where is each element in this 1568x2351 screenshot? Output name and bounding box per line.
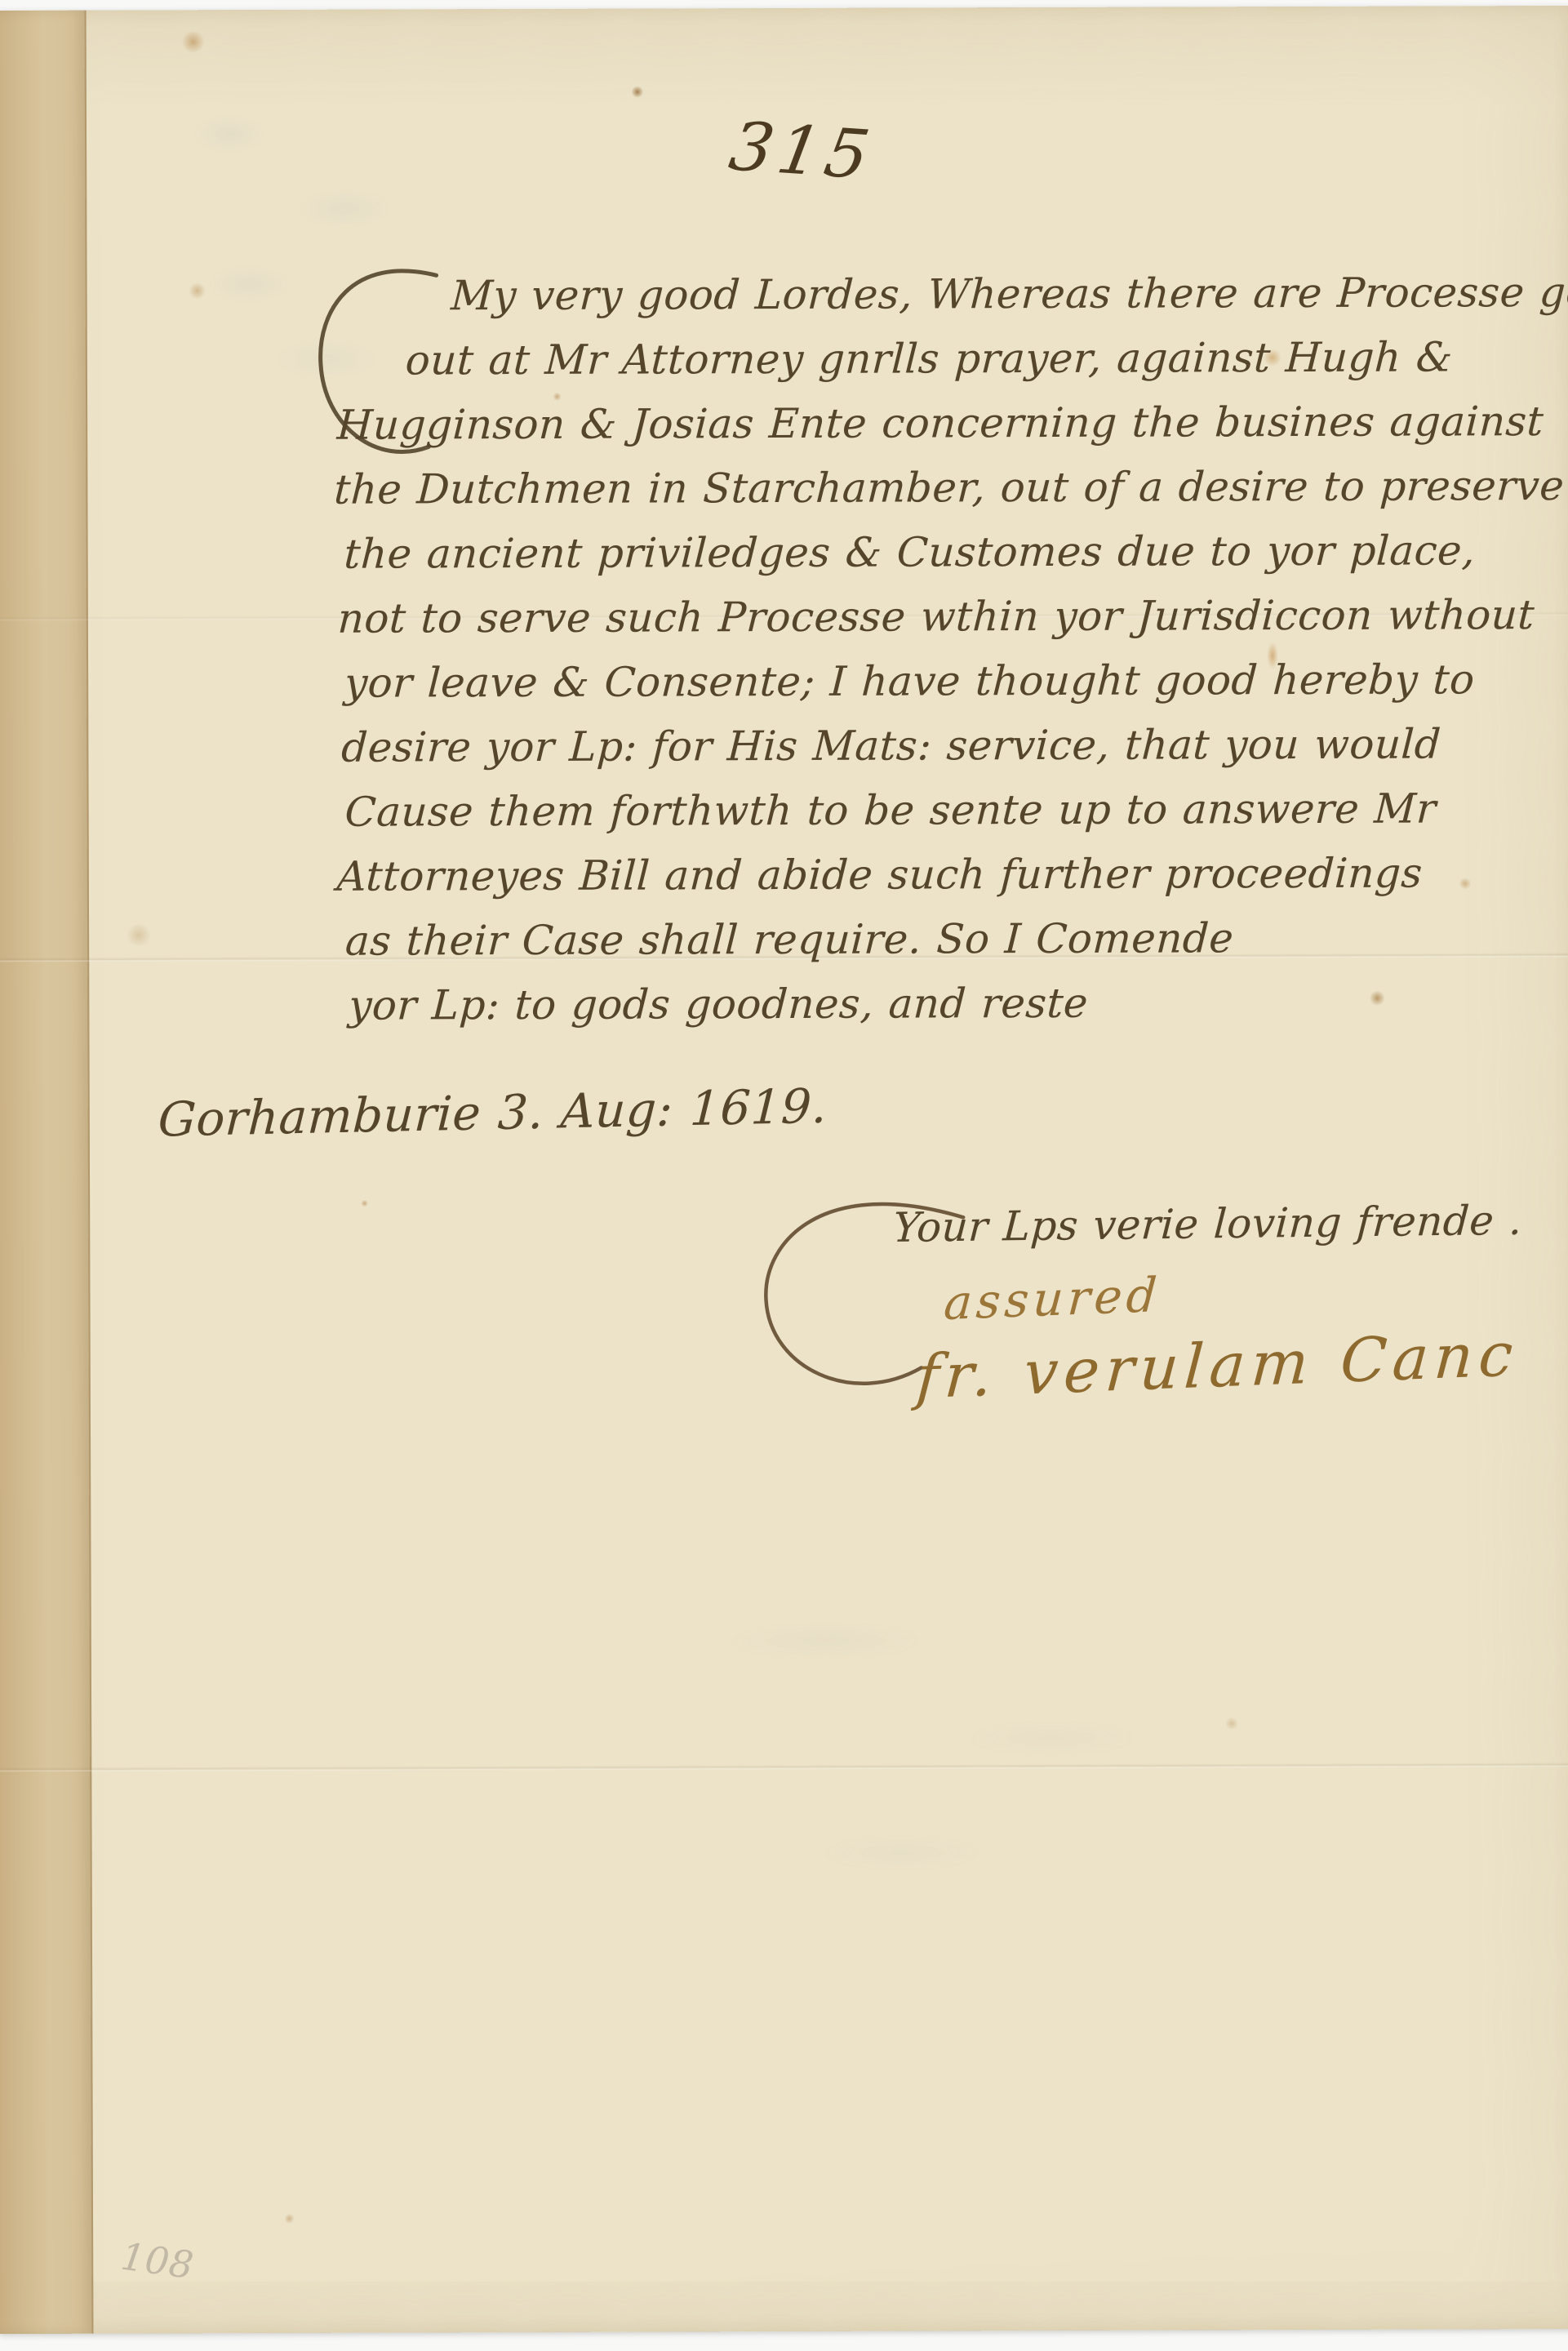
foxing-spot (125, 924, 153, 945)
paper-edge-strip (0, 11, 93, 2334)
signature: fr. verulam Canc (914, 1319, 1521, 1412)
dateline: Gorhamburie 3. Aug: 1619. (157, 1078, 828, 1148)
letter-line: yor Lp: to gods goodnes, and reste (348, 980, 1090, 1029)
letter-body: My very good Lordes, Whereas there are P… (0, 6, 1568, 11)
foxing-spot (1459, 878, 1472, 889)
letter-line: Cause them forthwth to be sente up to an… (344, 784, 1437, 835)
letter-line: desire yor Lp: for His Mats: service, th… (340, 720, 1442, 771)
show-through (601, 1574, 1353, 1903)
letter-line: Attorneyes Bill and abide such further p… (335, 850, 1424, 900)
foxing-spot (284, 2214, 295, 2224)
pencil-annotation: 108 (118, 2234, 197, 2288)
letter-line: not to serve such Processe wthin yor Jur… (336, 591, 1535, 642)
foxing-spot (181, 31, 206, 52)
letter-line: out at Mr Attorney gnrlls prayer, agains… (404, 333, 1454, 384)
crease (0, 1762, 1568, 1772)
foxing-spot (553, 393, 562, 401)
foxing-spot (1224, 1718, 1239, 1729)
letter-line: My very good Lordes, Whereas there are P… (450, 269, 1568, 320)
letter-line: yor leave & Consente; I have thought goo… (344, 656, 1476, 706)
foxing-spot (189, 282, 207, 299)
letter-line: as their Case shall require. So I Comend… (344, 914, 1235, 964)
foxing-spot (361, 1200, 368, 1207)
page-number: 315 (724, 109, 879, 195)
paper: 315 My very good Lordes, Whereas there a… (0, 6, 1568, 2334)
scanned-letter-page: 315 My very good Lordes, Whereas there a… (0, 0, 1568, 2351)
letter-line: Hugginson & Josias Ente concerning the b… (336, 398, 1545, 449)
letter-line: the Dutchmen in Starchamber, out of a de… (333, 462, 1566, 513)
foxing-spot (1369, 991, 1385, 1006)
foxing-spot (631, 87, 644, 98)
letter-line: the ancient priviledges & Customes due t… (343, 527, 1477, 577)
closing-line: Your Lps verie loving frende . (892, 1197, 1524, 1251)
closing-word: assured (942, 1267, 1162, 1331)
